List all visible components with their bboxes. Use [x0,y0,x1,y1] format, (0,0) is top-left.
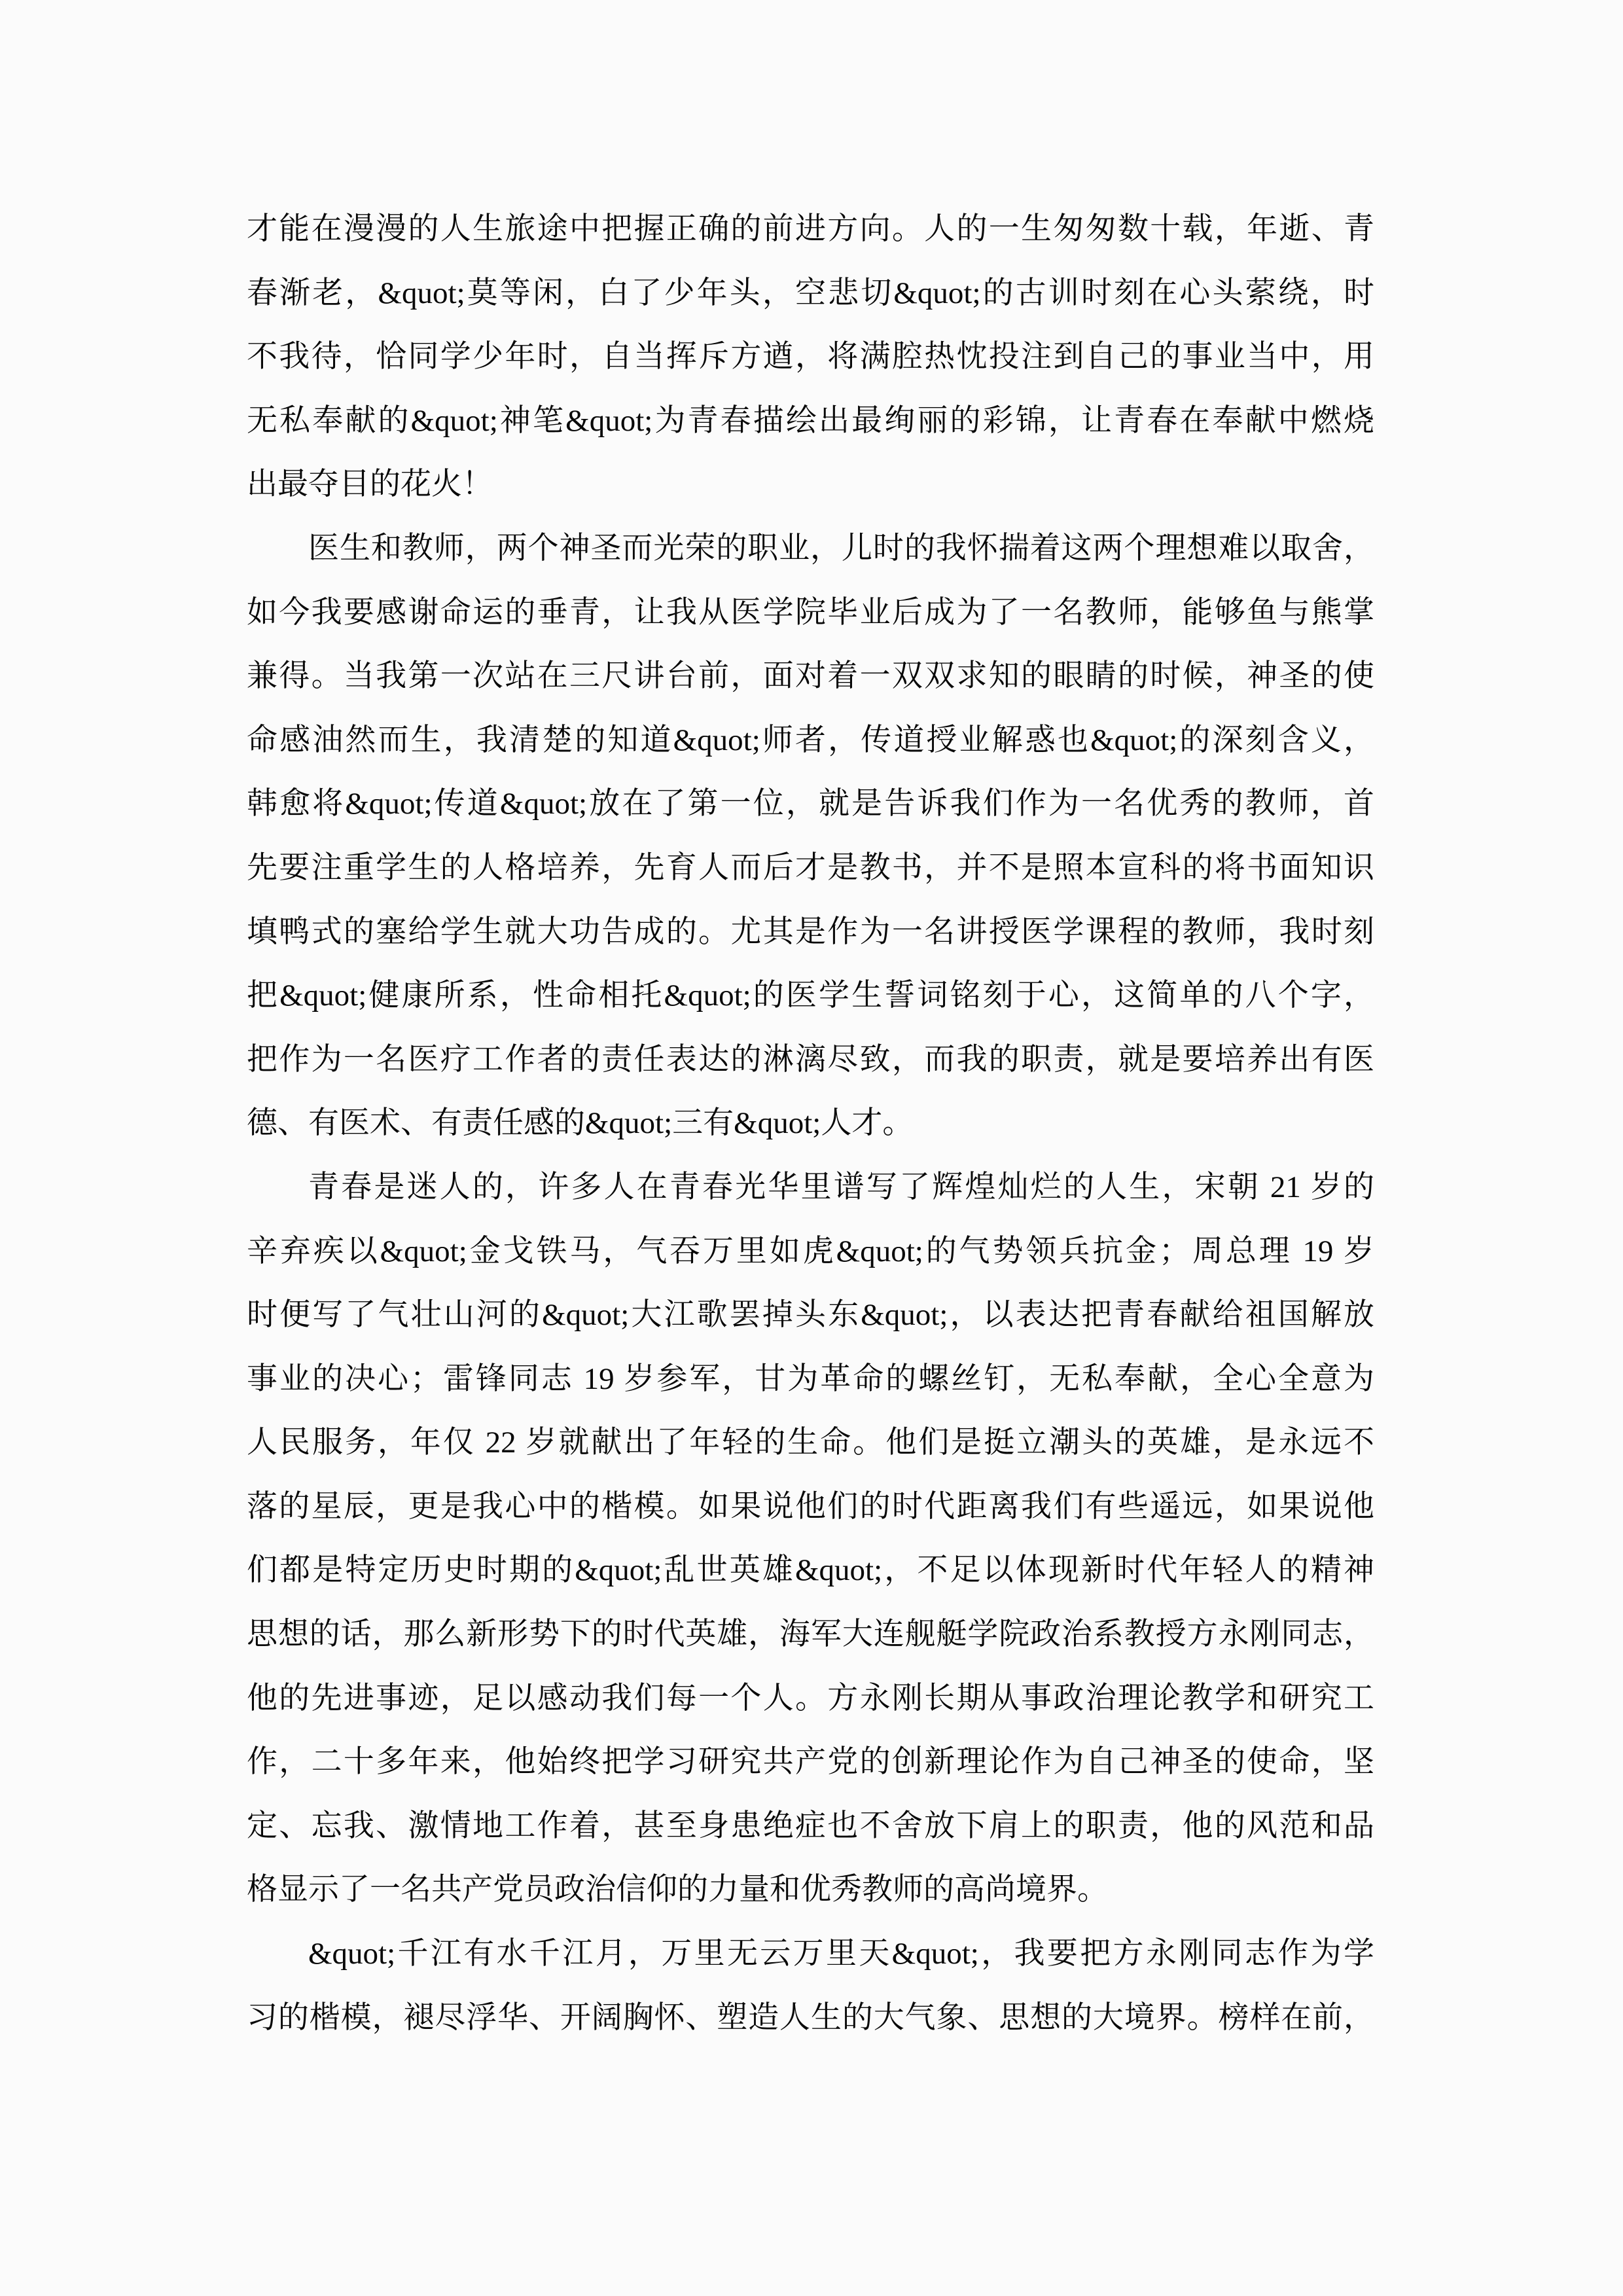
text-line: 时便写了气壮山河的&quot;大江歌罢掉头东&quot;，以表达把青春献给祖国解… [247,1283,1374,1348]
text-line: 韩愈将&quot;传道&quot;放在了第一位，就是告诉我们作为一名优秀的教师，… [247,772,1374,836]
text-line: 格显示了一名共产党员政治信仰的力量和优秀教师的高尚境界。 [247,1858,1374,1922]
text-line: 辛弃疾以&quot;金戈铁马，气吞万里如虎&quot;的气势领兵抗金；周总理 1… [247,1220,1374,1284]
text-line: 们都是特定历史时期的&quot;乱世英雄&quot;，不足以体现新时代年轻人的精… [247,1539,1374,1603]
text-line: 兼得。当我第一次站在三尺讲台前，面对着一双双求知的眼睛的时候，神圣的使 [247,645,1374,709]
paragraph: 才能在漫漫的人生旅途中把握正确的前进方向。人的一生匆匆数十载，年逝、青 春渐老，… [247,198,1374,517]
paragraph: &quot;千江有水千江月，万里无云万里天&quot;，我要把方永刚同志作为学 … [247,1922,1374,2050]
text-line: 无私奉献的&quot;神笔&quot;为青春描绘出最绚丽的彩锦，让青春在奉献中燃… [247,389,1374,454]
text-line: 填鸭式的塞给学生就大功告成的。尤其是作为一名讲授医学课程的教师，我时刻 [247,901,1374,965]
document-text: 才能在漫漫的人生旅途中把握正确的前进方向。人的一生匆匆数十载，年逝、青 春渐老，… [247,198,1374,2050]
text-line: 落的星辰，更是我心中的楷模。如果说他们的时代距离我们有些遥远，如果说他 [247,1475,1374,1539]
text-line: 德、有医术、有责任感的&quot;三有&quot;人才。 [247,1092,1374,1156]
text-line: 把&quot;健康所系，性命相托&quot;的医学生誓词铭刻于心，这简单的八个字… [247,964,1374,1028]
text-line: 如今我要感谢命运的垂青，让我从医学院毕业后成为了一名教师，能够鱼与熊掌 [247,581,1374,645]
text-line: 春渐老，&quot;莫等闲，白了少年头，空悲切&quot;的古训时刻在心头萦绕，… [247,262,1374,326]
text-line: 定、忘我、激情地工作着，甚至身患绝症也不舍放下肩上的职责，他的风范和品 [247,1795,1374,1859]
text-line: 命感油然而生，我清楚的知道&quot;师者，传道授业解惑也&quot;的深刻含义… [247,709,1374,773]
text-line: 事业的决心；雷锋同志 19 岁参军，甘为革命的螺丝钉，无私奉献，全心全意为 [247,1348,1374,1412]
text-line: 青春是迷人的，许多人在青春光华里谱写了辉煌灿烂的人生，宋朝 21 岁的 [247,1156,1374,1220]
document-page: 才能在漫漫的人生旅途中把握正确的前进方向。人的一生匆匆数十载，年逝、青 春渐老，… [0,0,1623,2296]
text-line: 作，二十多年来，他始终把学习研究共产党的创新理论作为自己神圣的使命，坚 [247,1731,1374,1795]
text-line: 医生和教师，两个神圣而光荣的职业，儿时的我怀揣着这两个理想难以取舍， [247,517,1374,581]
text-line: 习的楷模，褪尽浮华、开阔胸怀、塑造人生的大气象、思想的大境界。榜样在前， [247,1986,1374,2051]
text-line: 人民服务，年仅 22 岁就献出了年轻的生命。他们是挺立潮头的英雄，是永远不 [247,1411,1374,1475]
text-line: 把作为一名医疗工作者的责任表达的淋漓尽致，而我的职责，就是要培养出有医 [247,1028,1374,1092]
text-line: 才能在漫漫的人生旅途中把握正确的前进方向。人的一生匆匆数十载，年逝、青 [247,198,1374,262]
paragraph: 医生和教师，两个神圣而光荣的职业，儿时的我怀揣着这两个理想难以取舍， 如今我要感… [247,517,1374,1156]
text-line: 先要注重学生的人格培养，先育人而后才是教书，并不是照本宣科的将书面知识 [247,836,1374,901]
paragraph: 青春是迷人的，许多人在青春光华里谱写了辉煌灿烂的人生，宋朝 21 岁的 辛弃疾以… [247,1156,1374,1922]
text-line: 出最夺目的花火！ [247,453,1374,517]
text-line: 思想的话，那么新形势下的时代英雄，海军大连舰艇学院政治系教授方永刚同志， [247,1603,1374,1667]
text-line: 他的先进事迹，足以感动我们每一个人。方永刚长期从事政治理论教学和研究工 [247,1667,1374,1731]
text-line: &quot;千江有水千江月，万里无云万里天&quot;，我要把方永刚同志作为学 [247,1922,1374,1986]
text-line: 不我待，恰同学少年时，自当挥斥方遒，将满腔热忱投注到自己的事业当中，用 [247,325,1374,389]
